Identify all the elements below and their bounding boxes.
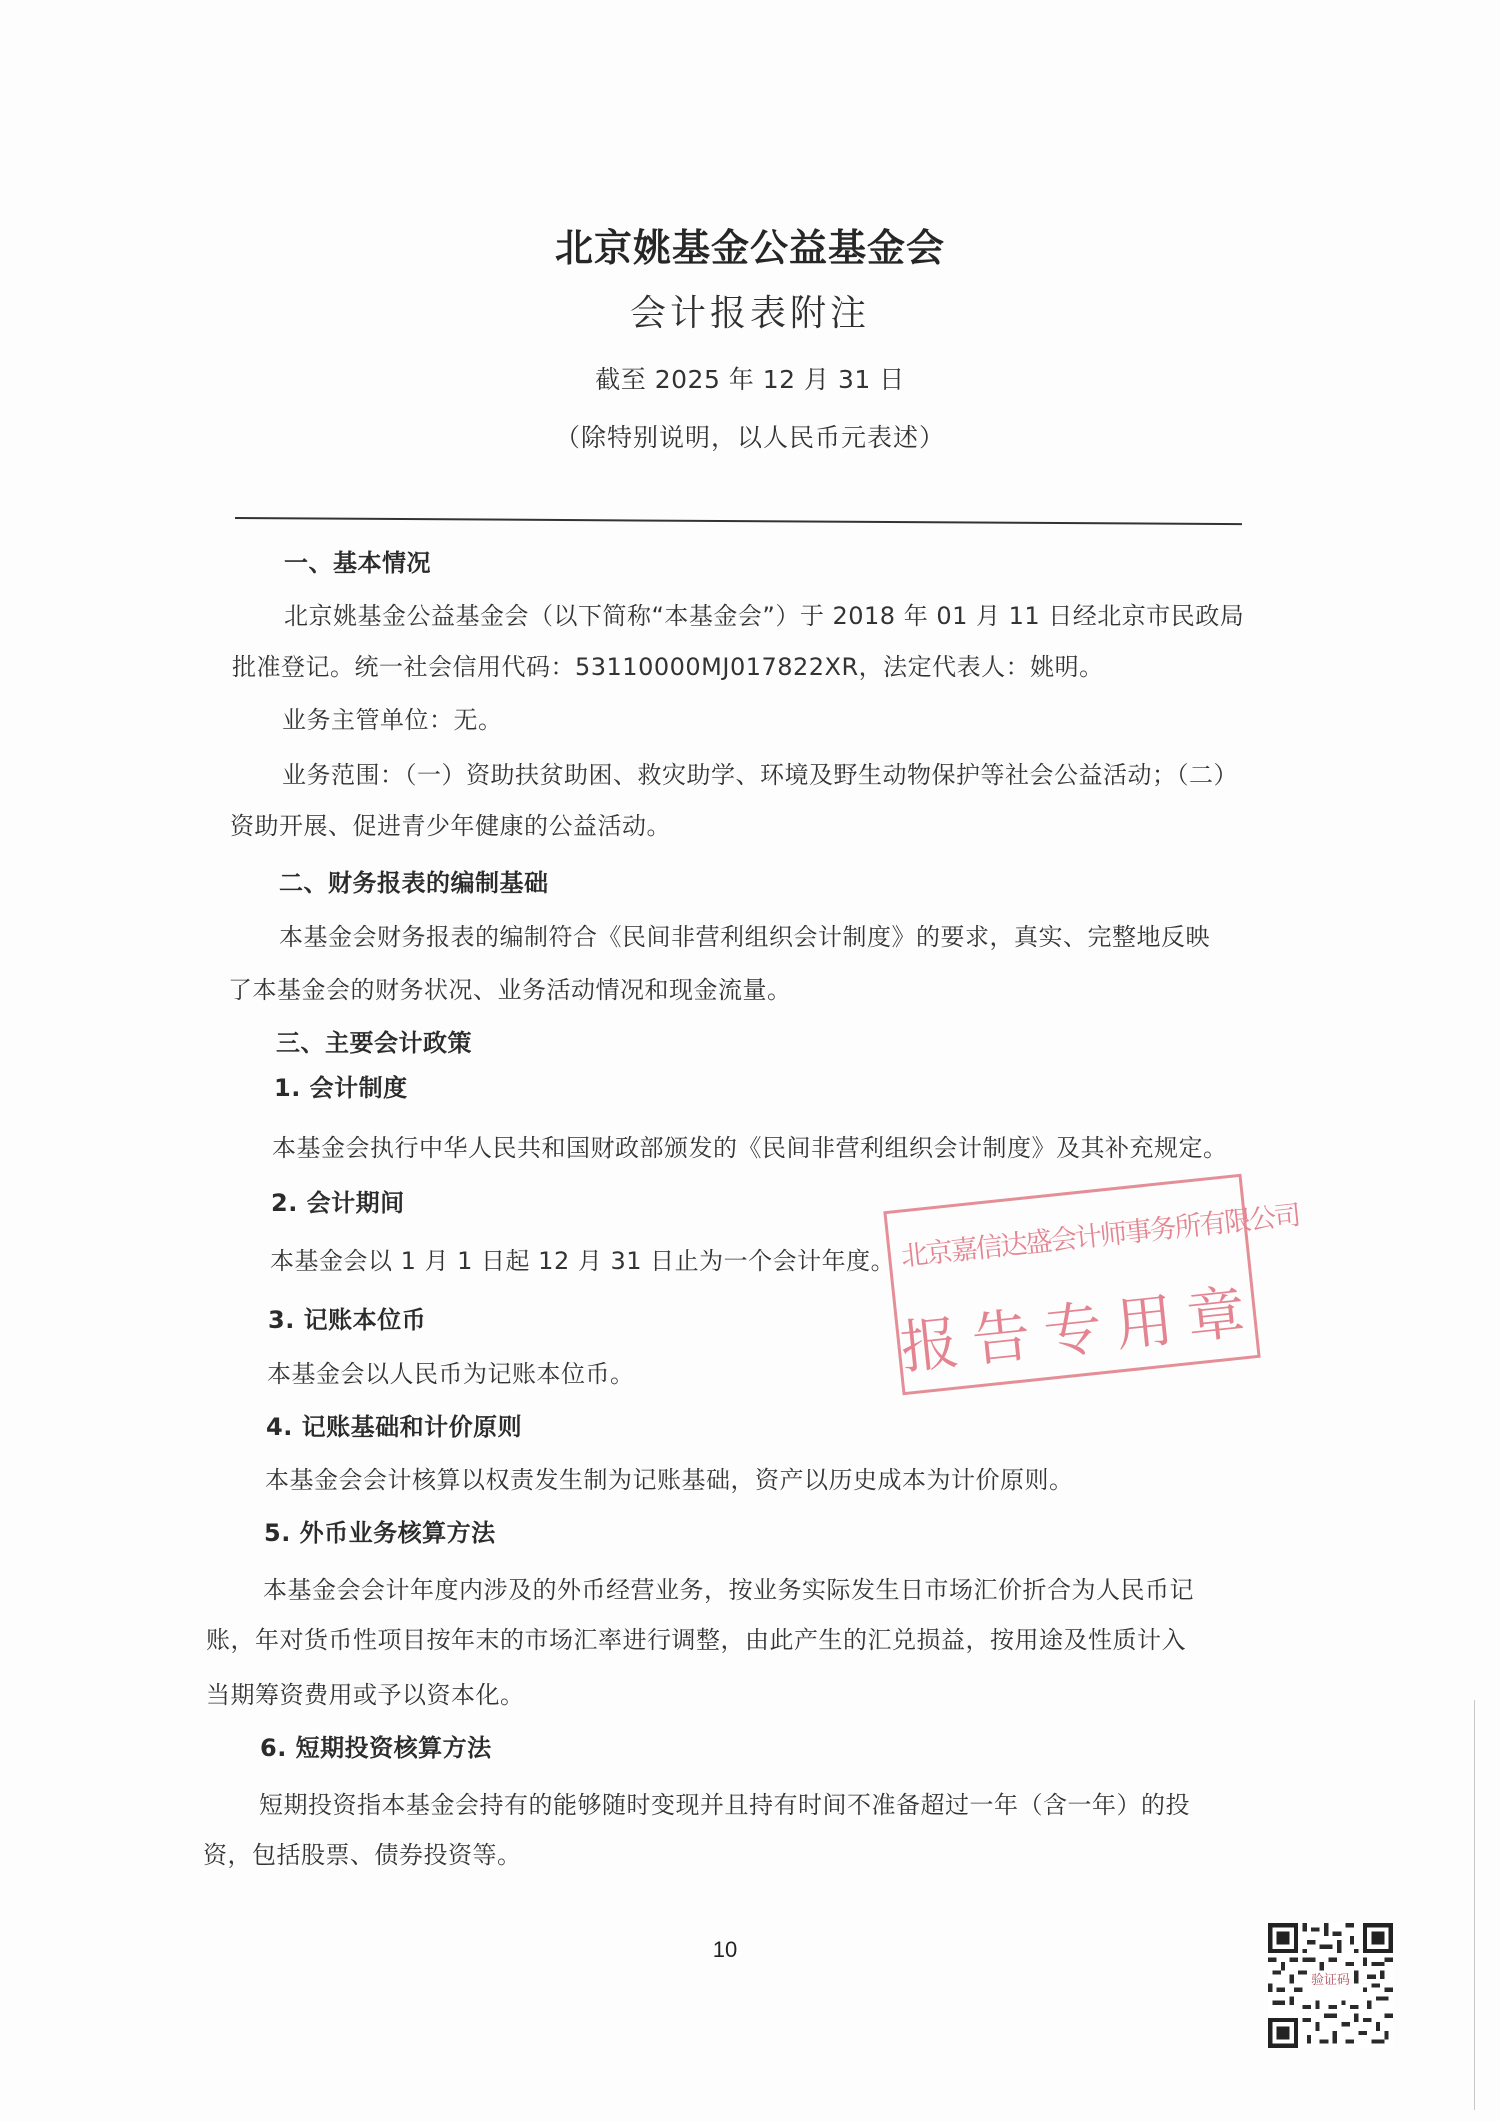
paragraph-line: 业务主管单位：无。 [282, 708, 503, 732]
paragraph-line: 本基金会执行中华人民共和国财政部颁发的《民间非营利组织会计制度》及其补充规定。 [272, 1136, 1228, 1160]
document-title: 北京姚基金公益基金会 [0, 229, 1500, 267]
header-divider [235, 517, 1242, 525]
scan-edge-line [1474, 1700, 1475, 2110]
paragraph-line: 资助开展、促进青少年健康的公益活动。 [230, 814, 671, 838]
paragraph-line: 北京姚基金公益基金会（以下简称“本基金会”）于 2018 年 01 月 11 日… [284, 604, 1244, 628]
qr-center-label: 验证码 [1311, 1973, 1350, 1988]
paragraph-line: 本基金会财务报表的编制符合《民间非营利组织会计制度》的要求，真实、完整地反映 [279, 925, 1210, 949]
stamp-seal-text: 报告专用章 [896, 1265, 1257, 1386]
subsection-heading-accounting-period: 2. 会计期间 [271, 1191, 405, 1215]
page-number: 10 [0, 1937, 1450, 1963]
paragraph-line: 当期筹资费用或予以资本化。 [206, 1683, 525, 1707]
paragraph-line: 账，年对货币性项目按年末的市场汇率进行调整，由此产生的汇兑损益，按用途及性质计入 [206, 1628, 1186, 1652]
paragraph-line: 本基金会以人民币为记账本位币。 [267, 1362, 635, 1386]
section-heading-accounting-policies: 三、主要会计政策 [276, 1031, 472, 1055]
paragraph-line: 短期投资指本基金会持有的能够随时变现并且持有时间不准备超过一年（含一年）的投 [259, 1793, 1190, 1817]
subsection-heading-accounting-basis: 4. 记账基础和计价原则 [266, 1415, 522, 1439]
document-subtitle: 会计报表附注 [0, 296, 1500, 332]
verification-qr-code[interactable]: 验证码 [1268, 1923, 1393, 2048]
section-heading-basic-info: 一、基本情况 [284, 551, 431, 575]
subsection-heading-functional-currency: 3. 记账本位币 [268, 1308, 426, 1332]
subsection-heading-accounting-system: 1. 会计制度 [274, 1076, 408, 1100]
paragraph-line: 本基金会会计年度内涉及的外币经营业务，按业务实际发生日市场汇价折合为人民币记 [263, 1578, 1194, 1602]
paragraph-line: 本基金会会计核算以权责发生制为记账基础，资产以历史成本为计价原则。 [265, 1468, 1074, 1492]
section-heading-basis-of-preparation: 二、财务报表的编制基础 [279, 871, 549, 895]
paragraph-line: 批准登记。统一社会信用代码：53110000MJ017822XR，法定代表人：姚… [232, 655, 1104, 679]
subsection-heading-foreign-currency: 5. 外币业务核算方法 [264, 1521, 496, 1545]
qr-code-icon: 验证码 [1268, 1923, 1393, 2048]
paragraph-line: 了本基金会的财务状况、业务活动情况和现金流量。 [228, 978, 792, 1002]
paragraph-line: 本基金会以 1 月 1 日起 12 月 31 日止为一个会计年度。 [270, 1249, 895, 1273]
date-line: 截至 2025 年 12 月 31 日 [0, 367, 1500, 392]
subsection-heading-short-term-investment: 6. 短期投资核算方法 [260, 1736, 492, 1760]
document-page: 北京姚基金公益基金会 会计报表附注 截至 2025 年 12 月 31 日 （除… [0, 0, 1500, 2121]
paragraph-line: 业务范围：（一）资助扶贫助困、救灾助学、环境及野生动物保护等社会公益活动；（二） [282, 763, 1238, 787]
report-seal-stamp: 北京嘉信达盛会计师事务所有限公司 报告专用章 [883, 1174, 1260, 1396]
currency-note: （除特别说明，以人民币元表述） [0, 425, 1500, 450]
stamp-firm-name: 北京嘉信达盛会计师事务所有限公司 [899, 1199, 1239, 1273]
paragraph-line: 资，包括股票、债券投资等。 [203, 1843, 522, 1867]
